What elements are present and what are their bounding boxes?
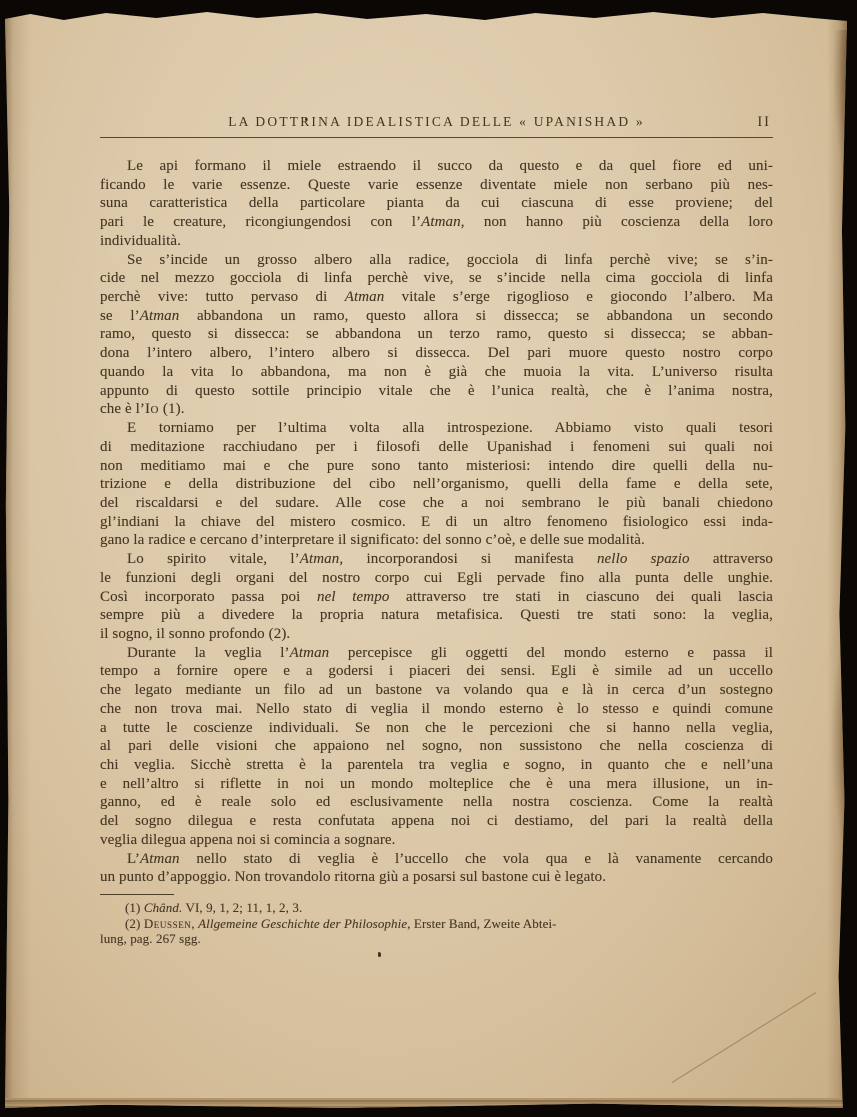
book-page: LA DOTTRINA IDEALISTICA DELLE « UPANISHA… [5,10,847,1108]
text-line: del sogno dilegua e resta confutata appe… [100,812,773,831]
text-line: dona l’intero albero, l’intero albero si… [100,344,773,363]
text-line: se l’Atman abbandona un ramo, questo all… [100,307,773,326]
text-line: chi veglia. Sicchè stretta è la parentel… [100,756,773,775]
footnote-rule [100,894,174,895]
paragraph: E torniamo per l’ultima volta alla intro… [100,419,773,550]
gutter-shadow [5,10,31,1108]
text-line: che è l’Io (1). [100,400,773,419]
text-line: che non trova mai. Nello stato di veglia… [100,700,773,719]
text-line: individualità. [100,232,773,251]
text-line: suna caratteristica della particolare pi… [100,194,773,213]
text-line: Se s’incide un grosso albero alla radice… [100,251,773,270]
scanned-book-photo: LA DOTTRINA IDEALISTICA DELLE « UPANISHA… [0,0,857,1117]
text-line: pari le creature, ricongiungendosi con l… [100,213,773,232]
running-title: LA DOTTRINA IDEALISTICA DELLE « UPANISHA… [100,114,773,130]
footnote-line: (2) Deussen, Allgemeine Geschichte der P… [100,916,773,932]
text-line: che legato mediante un filo ad un baston… [100,681,773,700]
text-line: al pari delle visioni che appaiono nel s… [100,737,773,756]
paragraph: Le api formano il miele estraendo il suc… [100,157,773,251]
text-line: il sogno, il sonno profondo (2). [100,625,773,644]
text-line: sempre più a divedere la propria natura … [100,606,773,625]
text-line: non meditiamo mai e che pure sono tanto … [100,457,773,476]
text-line: trizione e della distribuzione del cibo … [100,475,773,494]
paragraph: L’Atman nello stato di veglia è l’uccell… [100,850,773,887]
footnote: (2) Deussen, Allgemeine Geschichte der P… [100,916,773,947]
text-line: gl’indiani la chiave del mistero cosmico… [100,513,773,532]
text-line: cide nel mezzo gocciola di linfa perchè … [100,269,773,288]
text-line: Così incorporato passa poi nel tempo att… [100,588,773,607]
text-line: Lo spirito vitale, l’Atman, incorporando… [100,550,773,569]
text-line: ganno, ed è reale solo ed esclusivamente… [100,793,773,812]
page-number: II [757,114,771,131]
body-text: Le api formano il miele estraendo il suc… [100,157,773,887]
footnotes: (1) Chând. VI, 9, 1, 2; 11, 1, 2, 3.(2) … [100,900,773,947]
text-line: E torniamo per l’ultima volta alla intro… [100,419,773,438]
header-rule [100,137,773,138]
text-line: Durante la veglia l’Atman percepisce gli… [100,644,773,663]
book-pages-edge [5,1098,847,1108]
text-line: di meditazione racchiudano per i filosof… [100,438,773,457]
text-line: e nell’altro si riflette in noi un mondo… [100,775,773,794]
paragraph: Lo spirito vitale, l’Atman, incorporando… [100,550,773,644]
paper-crease [672,992,817,1083]
paragraph: Se s’incide un grosso albero alla radice… [100,251,773,419]
text-line: gano la radice e cercano d’interpretare … [100,531,773,550]
text-line: tempo a fornire opere e a godersi i piac… [100,662,773,681]
text-line: un punto d’appoggio. Non trovandolo rito… [100,868,773,887]
text-line: L’Atman nello stato di veglia è l’uccell… [100,850,773,869]
text-line: appunto di questo sottile principio vita… [100,382,773,401]
text-line: veglia dilegua appena noi si comincia a … [100,831,773,850]
footnote: (1) Chând. VI, 9, 1, 2; 11, 1, 2, 3. [100,900,773,916]
text-line: perchè vive: tutto pervaso di Atman vita… [100,288,773,307]
text-line: a tutte le coscienze individuali. Se non… [100,719,773,738]
text-line: ramo, questo si dissecca: se abbandona u… [100,325,773,344]
text-line: quando la vita lo abbandona, ma non è gi… [100,363,773,382]
edge-stain [833,30,849,180]
running-header: LA DOTTRINA IDEALISTICA DELLE « UPANISHA… [100,114,773,136]
text-line: le funzioni degli organi del nostro corp… [100,569,773,588]
ink-speck [378,952,381,957]
footnote-line: (1) Chând. VI, 9, 1, 2; 11, 1, 2, 3. [100,900,773,916]
edge-stain [831,630,849,850]
text-line: del riscaldarsi e del sudare. Alle cose … [100,494,773,513]
text-line: Le api formano il miele estraendo il suc… [100,157,773,176]
footnote-line: lung, pag. 267 sgg. [100,931,773,947]
text-line: ficando le varie essenze. Queste varie e… [100,176,773,195]
paragraph: Durante la veglia l’Atman percepisce gli… [100,644,773,850]
text-block: LA DOTTRINA IDEALISTICA DELLE « UPANISHA… [100,114,773,947]
